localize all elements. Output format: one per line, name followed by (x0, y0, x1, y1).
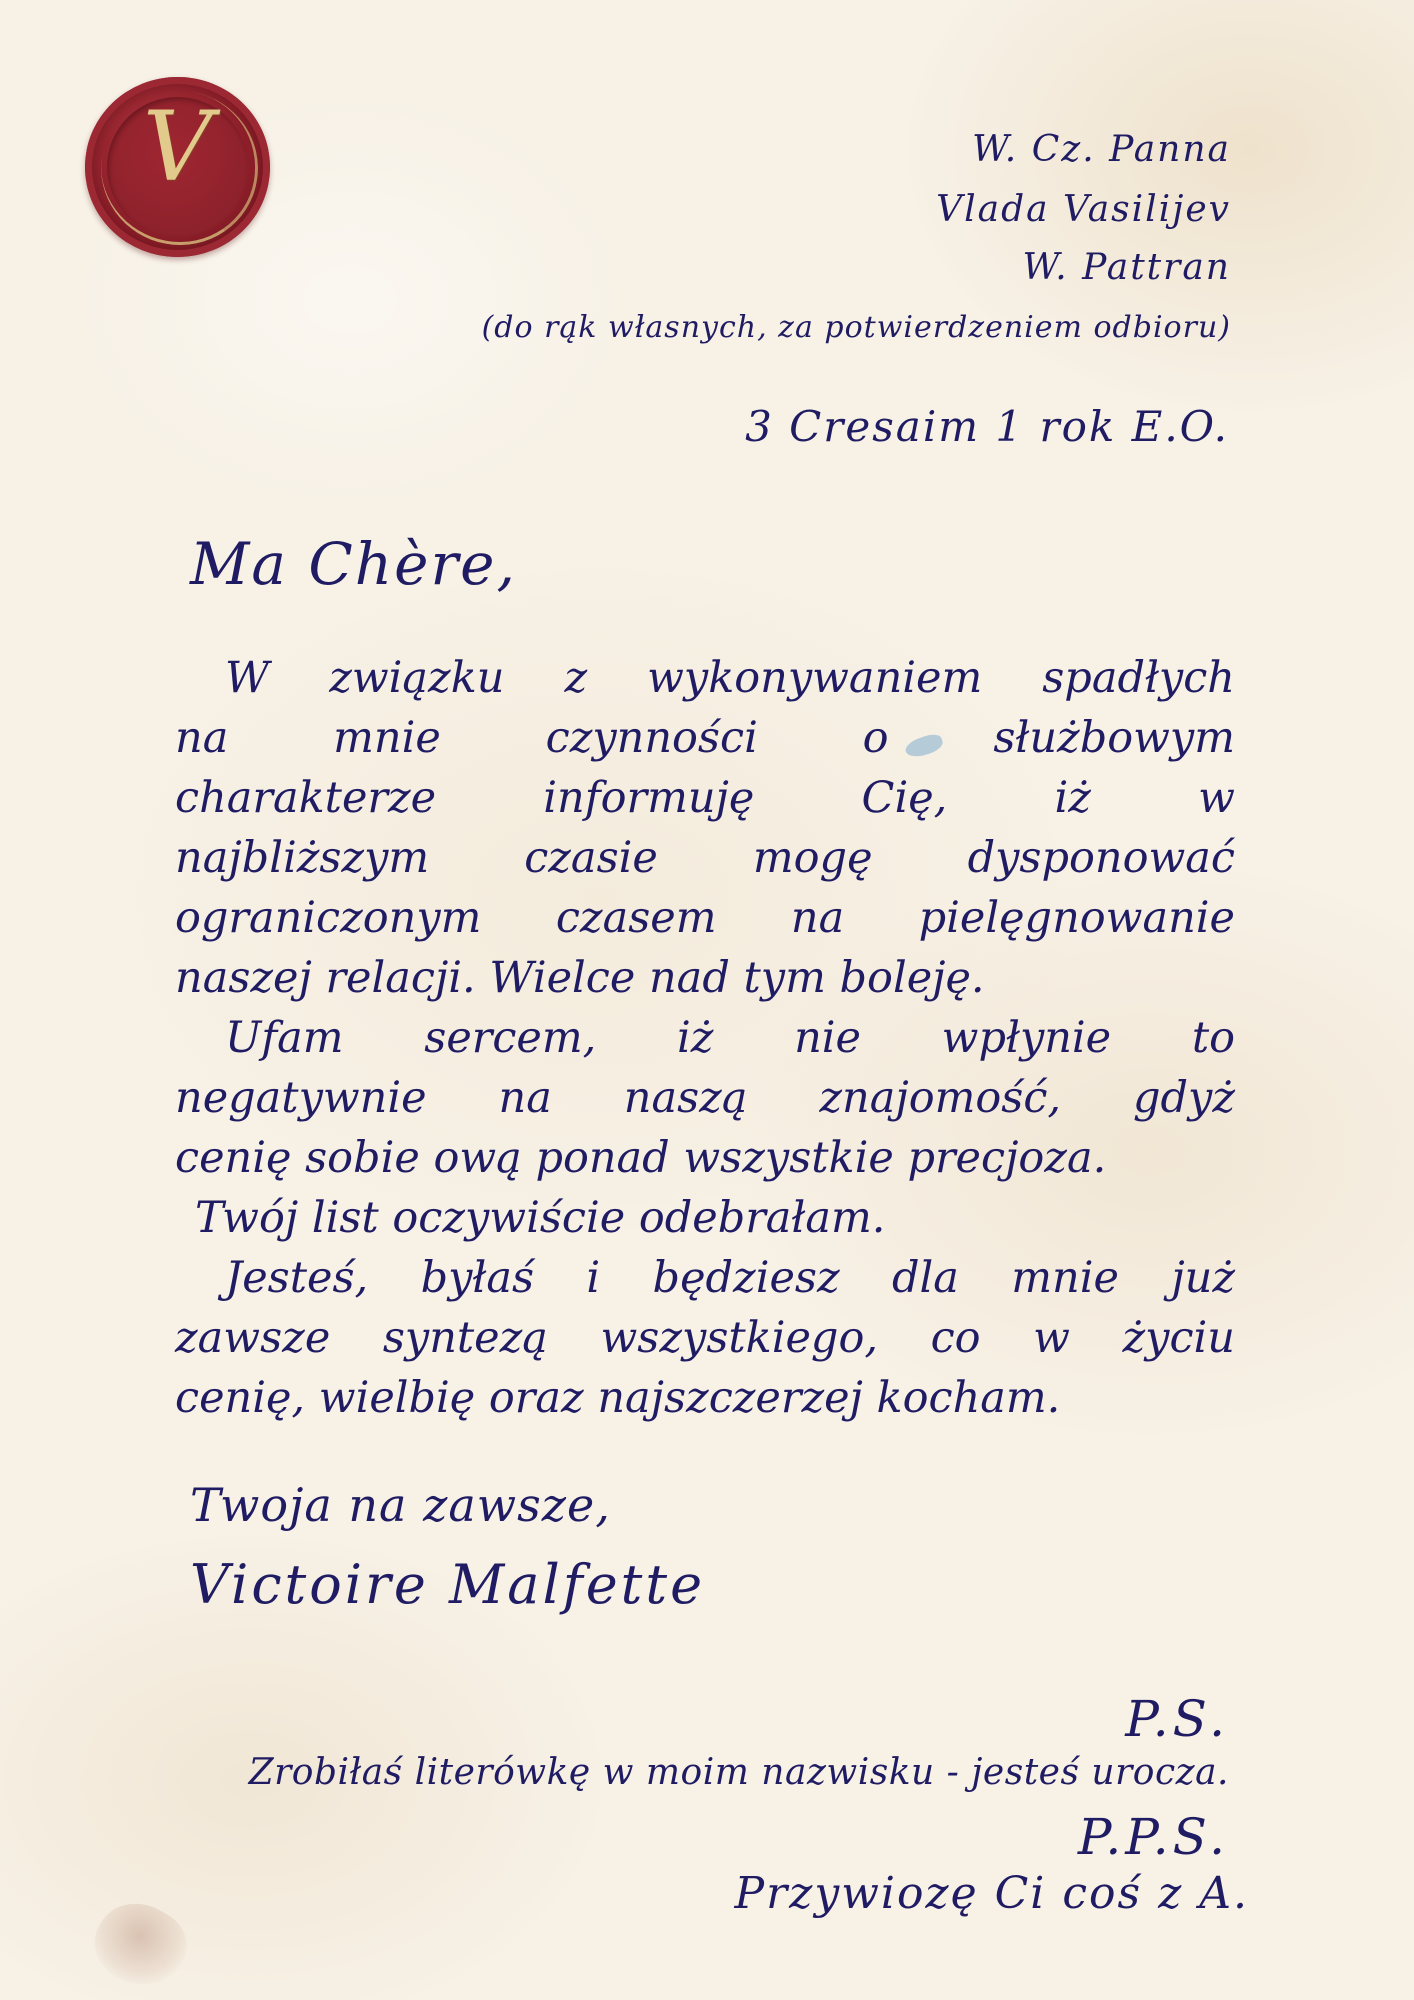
postscript-label: P.S. (1125, 1690, 1229, 1748)
salutation: Ma Chère, (190, 530, 517, 598)
postscript-label: P.P.S. (1078, 1808, 1229, 1866)
signature: Victoire Malfette (190, 1553, 705, 1616)
body-line: ograniczonym czasem na pielęgnowanie (175, 888, 1235, 948)
body-line: najbliższym czasie mogę dysponować (175, 828, 1235, 888)
body-line: zawsze syntezą wszystkiego, co w życiu (175, 1308, 1235, 1368)
postscript-text: Przywiozę Ci coś z A. (735, 1868, 1249, 1919)
wax-seal: V (85, 77, 270, 257)
postscript-text: Zrobiłaś literówkę w moim nazwisku - jes… (249, 1752, 1229, 1793)
body-line: charakterze informuję Cię, iż w (175, 768, 1235, 828)
wax-seal-monogram-icon: V (85, 99, 270, 195)
body-line: Ufam sercem, iż nie wpłynie to (175, 1008, 1235, 1068)
body-line: Twój list oczywiście odebrałam. (175, 1188, 1235, 1248)
recipient-line: Vlada Vasilijev (936, 192, 1231, 228)
recipient-delivery-note: (do rąk własnych, za potwierdzeniem odbi… (482, 310, 1231, 345)
letter-body: W związku z wykonywaniem spadłych na mni… (175, 648, 1235, 1428)
body-line: naszej relacji. Wielce nad tym boleję. (175, 948, 1235, 1008)
closing: Twoja na zawsze, (190, 1478, 611, 1532)
recipient-line: W. Pattran (1023, 250, 1231, 286)
body-line: W związku z wykonywaniem spadłych (175, 648, 1235, 708)
letter-date: 3 Cresaim 1 rok E.O. (745, 402, 1229, 451)
body-line: na mnie czynności o służbowym (175, 708, 1235, 768)
recipient-line: W. Cz. Panna (972, 132, 1231, 168)
body-line: negatywnie na naszą znajomość, gdyż (175, 1068, 1235, 1128)
body-line: Jesteś, byłaś i będziesz dla mnie już (175, 1248, 1235, 1308)
body-line: cenię sobie ową ponad wszystkie precjoza… (175, 1128, 1235, 1188)
body-line: cenię, wielbię oraz najszczerzej kocham. (175, 1368, 1235, 1428)
